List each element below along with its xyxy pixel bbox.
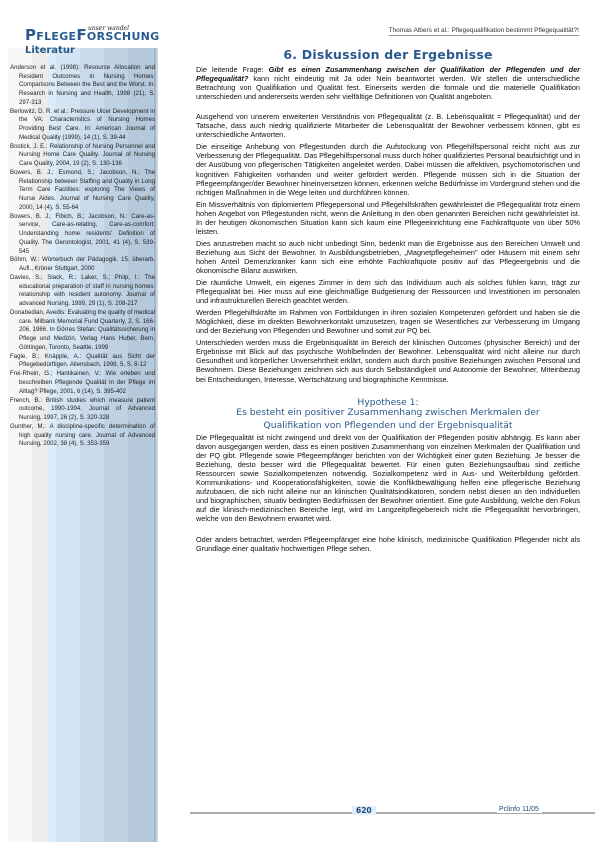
section-label-literature: Literatur <box>25 45 75 56</box>
reference-item: Böhm, W.: Wörterbuch der Pädagogik. 15. … <box>10 256 155 273</box>
reference-item: Davies, S.; Slack, R.; Laker, S.; Philp,… <box>10 274 155 309</box>
brand-tagline: unser wandel <box>88 25 129 32</box>
body-paragraph: Unterschieden werden muss die Ergebnisqu… <box>196 338 580 383</box>
running-head: Thomas Albers et al.: Pflegequalifikatio… <box>389 27 579 36</box>
body-paragraph: Die einseitige Anhebung von Pflegestunde… <box>196 142 580 196</box>
page-number: 620 <box>352 806 376 815</box>
journal-issue: Pclinfo 11/05 <box>497 806 542 813</box>
reference-item: Bostick, J. E.: Relationship of Nursing … <box>10 143 155 169</box>
hypothesis-paragraph: Die Pflegequalität ist nicht zwingend un… <box>196 433 580 523</box>
reference-item: French, B.: British studies which measur… <box>10 397 155 423</box>
reference-item: Berlowitz, D. R. et al.: Pressure Ulcer … <box>10 108 155 143</box>
reference-item: Donabedian, Avedis: Evaluating the quali… <box>10 309 155 353</box>
hypothesis-title-line-1: Es besteht ein positiver Zusammenhang zw… <box>196 408 580 419</box>
intro-paragraph: Die leitende Frage: Gibt es einen Zusamm… <box>196 65 580 101</box>
body-paragraph: Ein Missverhältnis von diplomiertem Pfle… <box>196 200 580 236</box>
reference-item: Anderson et al. (1998): Resource Allocat… <box>10 64 155 108</box>
reference-item: Bowers, B. J.; Esmond, S.; Jacobson, N.:… <box>10 169 155 213</box>
hypothesis-paragraph: Oder anders betrachtet, werden Pflegeemp… <box>196 535 580 553</box>
reference-item: Bowers, B. J.; Fibich, B.; Jacobson, N.:… <box>10 213 155 257</box>
reference-list: Anderson et al. (1998): Resource Allocat… <box>10 64 155 449</box>
spacer <box>196 527 580 535</box>
intro-rest: kann nicht eindeutig mit Ja oder Nein be… <box>196 74 580 101</box>
body-paragraph: Die räumliche Umwelt, ein eigenes Zimmer… <box>196 278 580 305</box>
section-title: 6. Diskussion der Ergebnisse <box>196 50 580 59</box>
body-paragraph: Dies anzustreben macht so auch nicht unb… <box>196 239 580 275</box>
main-article: 6. Diskussion der Ergebnisse Die leitend… <box>196 50 580 556</box>
spacer <box>196 104 580 112</box>
sidebar-divider <box>156 48 158 842</box>
hypothesis-title-line-2: Qualifikation von Pflegenden und der Erg… <box>196 421 580 432</box>
body-paragraph: Ausgehend von unserem erweiterten Verstä… <box>196 112 580 139</box>
intro-lead: Die leitende Frage: <box>196 65 269 74</box>
body-paragraph: Werden Pflegehilfskräfte im Rahmen von F… <box>196 308 580 335</box>
reference-item: Fagle, B.; Knäpple, A.: Qualität aus Sic… <box>10 353 155 370</box>
reference-item: Frei-Rhein, G.; Hantikainen, V.: Wie erl… <box>10 370 155 396</box>
reference-item: Gunther, M.: A discipline-specific deter… <box>10 423 155 449</box>
